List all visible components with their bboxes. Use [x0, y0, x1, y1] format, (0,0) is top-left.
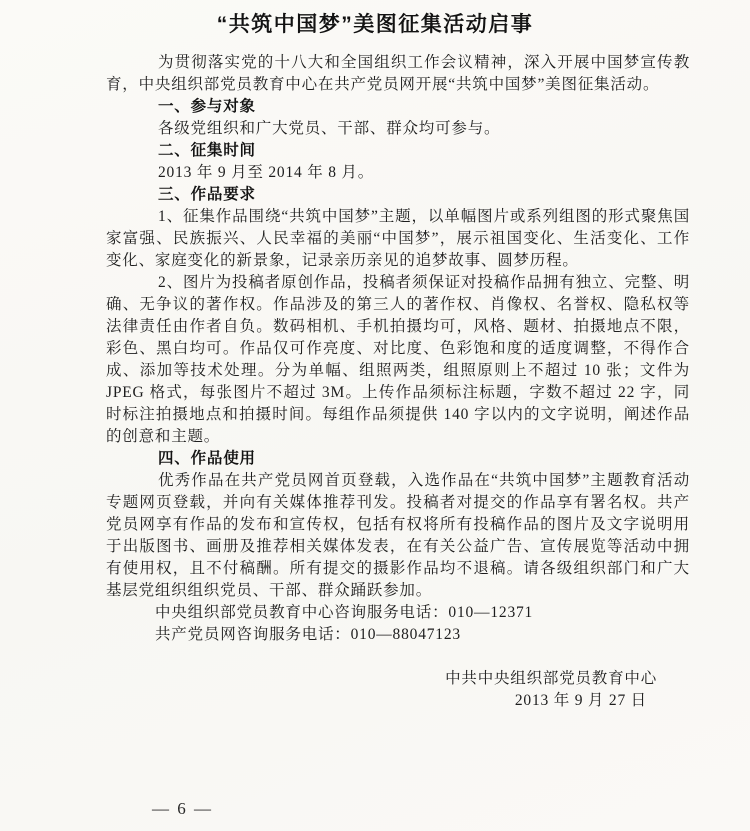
- signature-date: 2013 年 9 月 27 日: [106, 690, 690, 712]
- section-1-paragraph: 各级党组织和广大党员、干部、群众均可参与。: [106, 118, 690, 140]
- page-number: — 6 —: [152, 799, 213, 819]
- section-3-heading: 三、作品要求: [106, 184, 690, 206]
- document-page: “共筑中国梦”美图征集活动启事 为贯彻落实党的十八大和全国组织工作会议精神，深入…: [0, 0, 750, 831]
- contact-line-2: 共产党员网咨询服务电话：010—88047123: [106, 624, 690, 646]
- section-4-heading: 四、作品使用: [106, 448, 690, 470]
- signature-org: 中共中央组织部党员教育中心: [106, 668, 690, 690]
- section-2-paragraph: 2013 年 9 月至 2014 年 8 月。: [106, 162, 690, 184]
- doc-body: 为贯彻落实党的十八大和全国组织工作会议精神，深入开展中国梦宣传教育，中央组织部党…: [106, 52, 690, 712]
- section-3-paragraph-1: 1、征集作品围绕“共筑中国梦”主题，以单幅图片或系列组图的形式聚焦国家富强、民族…: [106, 206, 690, 272]
- intro-paragraph: 为贯彻落实党的十八大和全国组织工作会议精神，深入开展中国梦宣传教育，中央组织部党…: [106, 52, 690, 96]
- section-2-heading: 二、征集时间: [106, 140, 690, 162]
- section-4-paragraph: 优秀作品在共产党员网首页登载，入选作品在“共筑中国梦”主题教育活动专题网页登载，…: [106, 470, 690, 602]
- contact-line-1: 中央组织部党员教育中心咨询服务电话：010—12371: [106, 602, 690, 624]
- section-3-paragraph-2: 2、图片为投稿者原创作品，投稿者须保证对投稿作品拥有独立、完整、明确、无争议的著…: [106, 272, 690, 448]
- doc-title: “共筑中国梦”美图征集活动启事: [0, 8, 750, 38]
- section-1-heading: 一、参与对象: [106, 96, 690, 118]
